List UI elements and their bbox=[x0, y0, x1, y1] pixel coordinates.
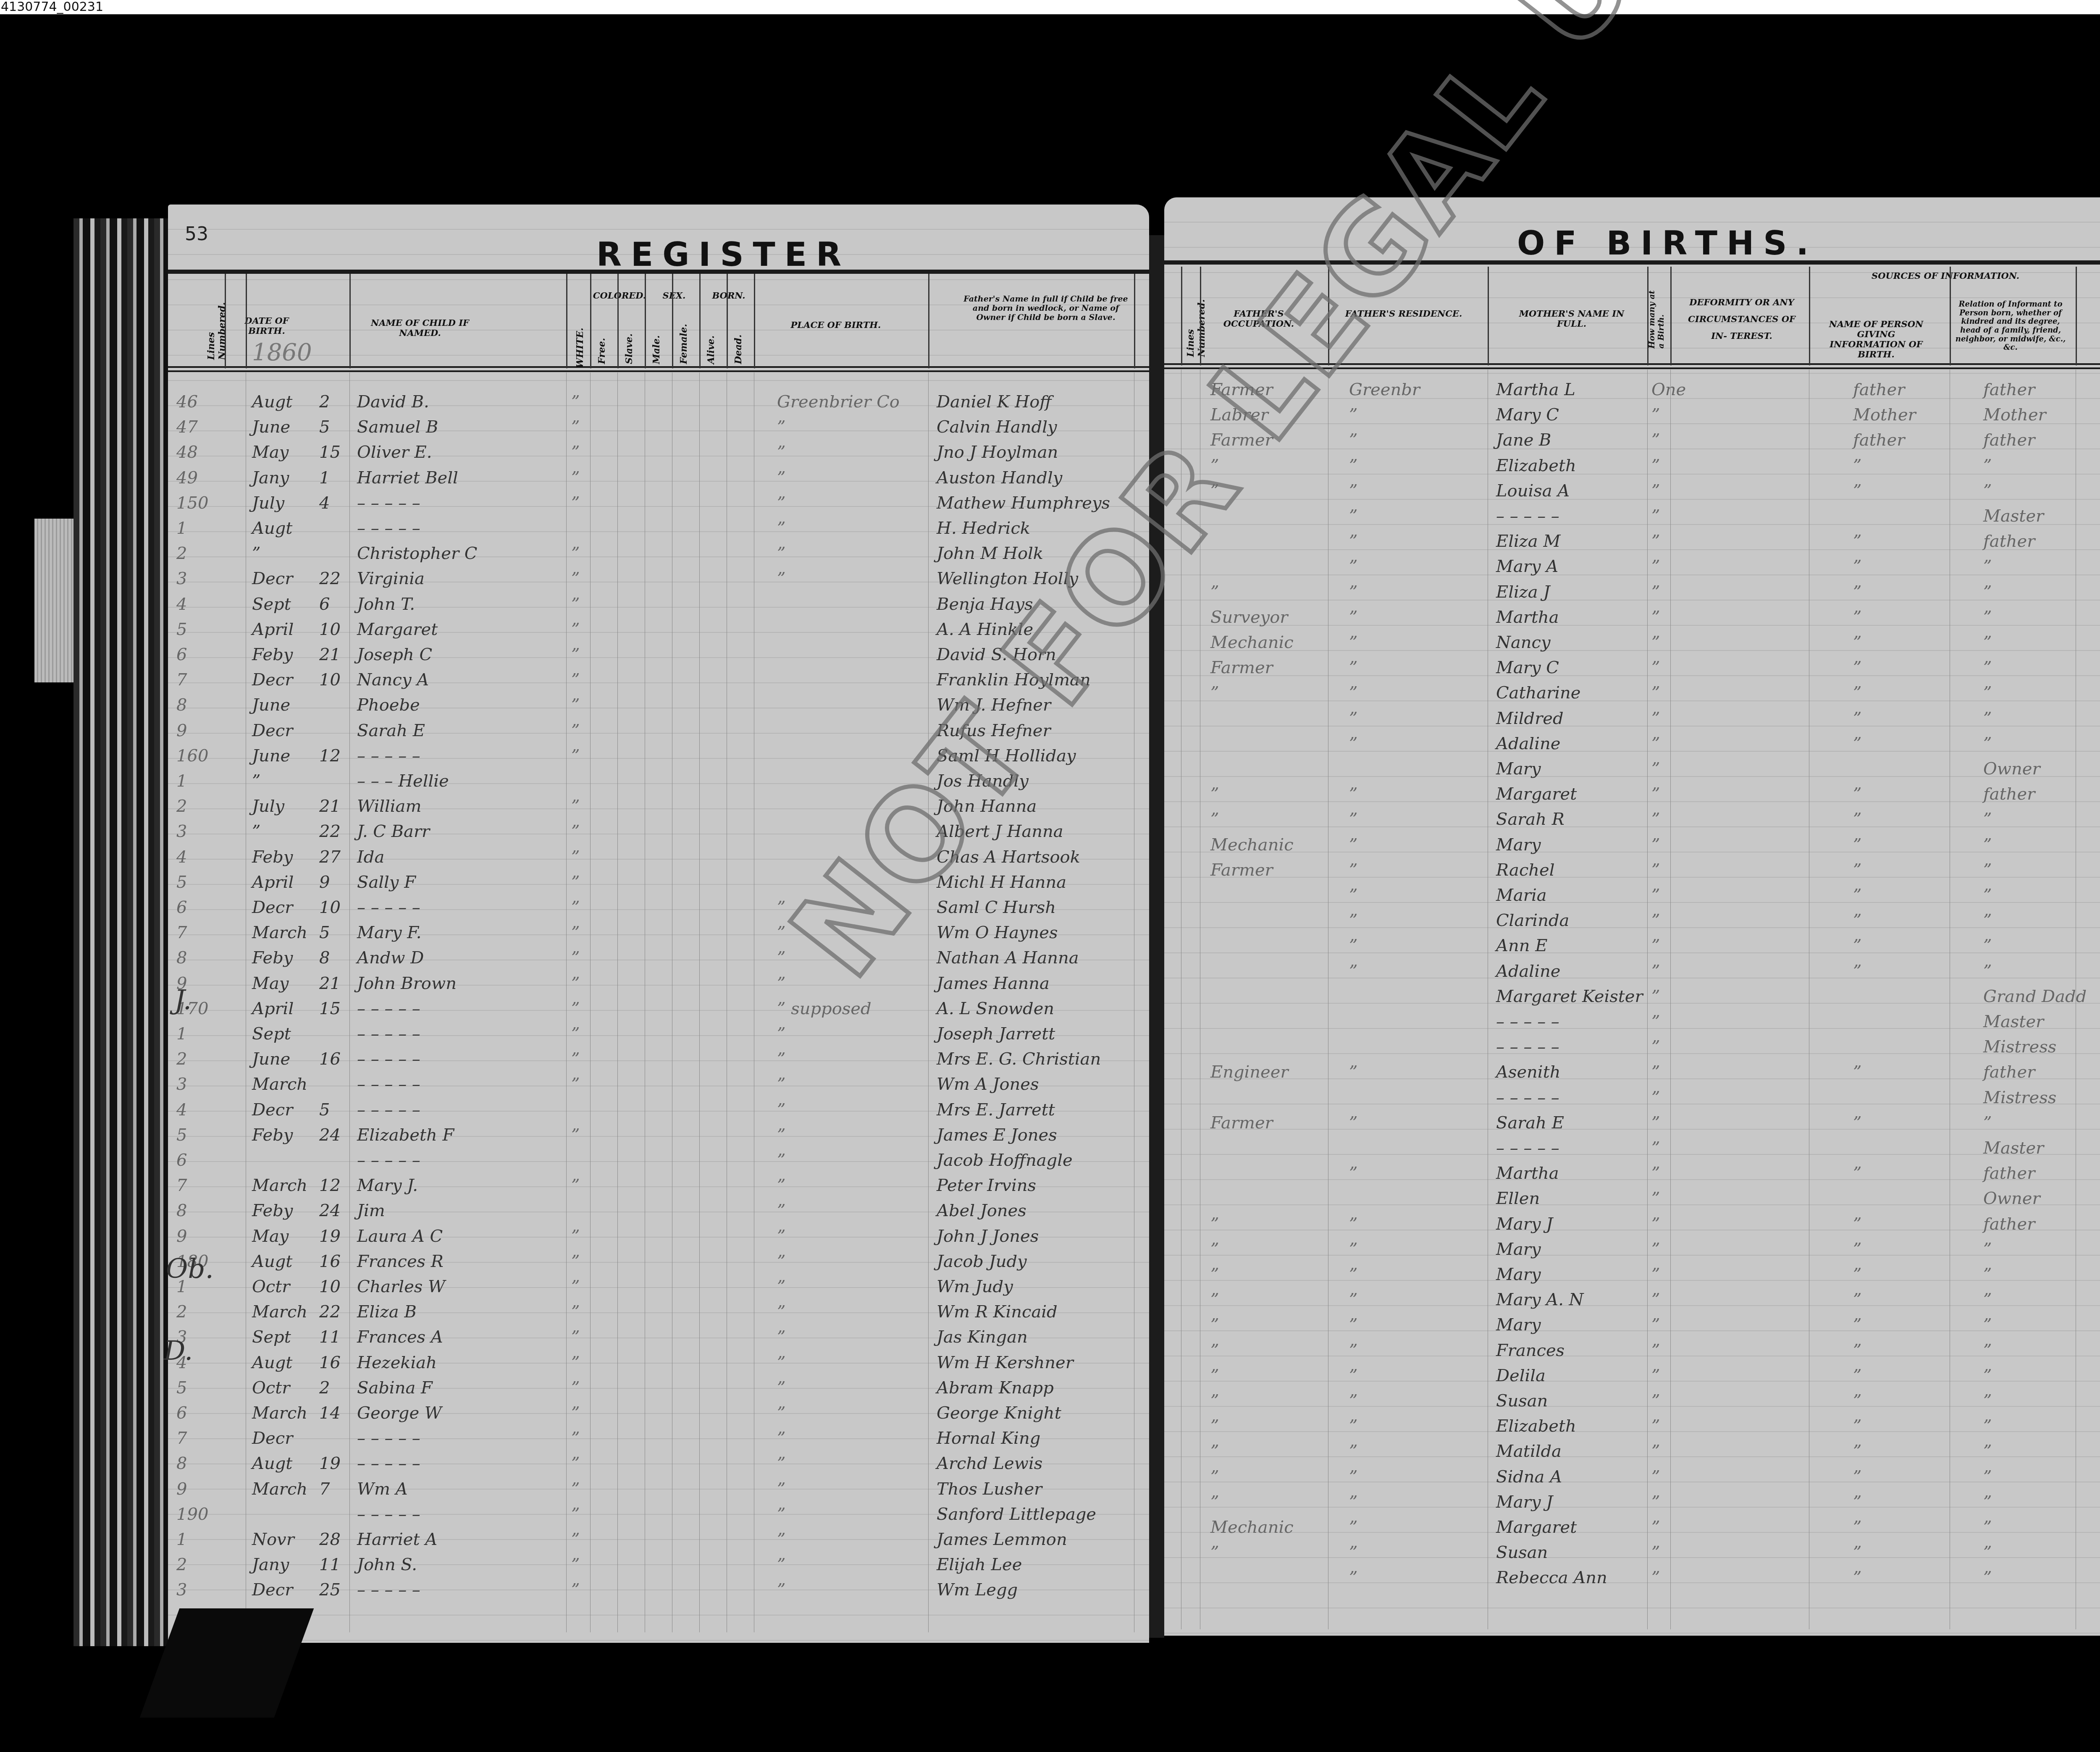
margin-note-j: J. bbox=[174, 985, 192, 1016]
hdr-name-of-child: NAME OF CHILD IF NAMED. bbox=[349, 318, 491, 338]
informant-name: Mother bbox=[1853, 402, 1916, 428]
birth-month: March bbox=[252, 1173, 307, 1198]
child-name: – – – – – bbox=[357, 1097, 420, 1123]
informant-relation: ” bbox=[1983, 1414, 1992, 1439]
place-of-birth: ” bbox=[777, 1502, 785, 1527]
child-name: John T. bbox=[357, 592, 415, 617]
informant-name: ” bbox=[1853, 1565, 1861, 1590]
informant-relation: Grand Dadd bbox=[1983, 984, 2087, 1009]
child-name: Margaret bbox=[357, 617, 438, 642]
father-name: James Lemmon bbox=[937, 1527, 1067, 1552]
birth-month: March bbox=[252, 920, 307, 945]
mother-name: Martha bbox=[1496, 1161, 1559, 1186]
mother-name: Maria bbox=[1496, 883, 1547, 908]
informant-name: ” bbox=[1853, 605, 1861, 630]
line-number: 5 bbox=[176, 617, 187, 642]
place-of-birth: ” bbox=[777, 945, 785, 970]
father-occupation: ” bbox=[1210, 1414, 1219, 1439]
informant-relation: ” bbox=[1983, 1540, 1992, 1565]
father-residence: ” bbox=[1349, 731, 1357, 756]
white-mark: ” bbox=[571, 440, 580, 465]
line-number: 9 bbox=[176, 1224, 187, 1249]
line-number: 2 bbox=[176, 1299, 187, 1324]
line-number: 4 bbox=[176, 592, 187, 617]
child-name: Harriet Bell bbox=[357, 465, 458, 490]
father-residence: ” bbox=[1349, 832, 1357, 858]
birth-month: Augt bbox=[252, 1350, 292, 1375]
line-number: 2 bbox=[176, 1046, 187, 1072]
birth-month: Decr bbox=[252, 895, 293, 920]
birth-day: 24 bbox=[319, 1198, 341, 1223]
father-name: Abel Jones bbox=[937, 1198, 1026, 1223]
line-number: 1 bbox=[176, 516, 187, 541]
line-number: 190 bbox=[176, 1502, 208, 1527]
father-residence: ” bbox=[1349, 1212, 1357, 1237]
informant-name: ” bbox=[1853, 1414, 1861, 1439]
how-many: ” bbox=[1651, 1490, 1660, 1515]
hdr-female: Female. bbox=[678, 333, 689, 364]
right-page-title: OF BIRTHS. bbox=[1517, 225, 1818, 262]
place-of-birth: ” bbox=[777, 1274, 785, 1299]
birth-day: 12 bbox=[319, 743, 341, 768]
birth-month: Novr bbox=[252, 1527, 294, 1552]
white-mark: ” bbox=[571, 1021, 580, 1046]
informant-name: ” bbox=[1853, 1237, 1861, 1262]
line-number: 3 bbox=[176, 1577, 187, 1603]
white-mark: ” bbox=[571, 1274, 580, 1299]
line-number: 8 bbox=[176, 1451, 187, 1476]
how-many: ” bbox=[1651, 580, 1660, 605]
column-rule bbox=[928, 372, 929, 1632]
birth-month: Octr bbox=[252, 1274, 290, 1299]
informant-relation: father bbox=[1983, 1161, 2035, 1186]
mother-name: – – – – – bbox=[1496, 504, 1559, 529]
white-mark: ” bbox=[571, 1477, 580, 1502]
informant-relation: ” bbox=[1983, 959, 1992, 984]
hdr-dead: Dead. bbox=[733, 339, 744, 364]
informant-relation: ” bbox=[1983, 908, 1992, 933]
column-rule bbox=[1809, 370, 1809, 1629]
hdr-slave: Slave. bbox=[624, 339, 635, 364]
white-mark: ” bbox=[571, 541, 580, 566]
mother-name: Margaret Keister bbox=[1496, 984, 1643, 1009]
child-name: J. C Barr bbox=[357, 819, 430, 844]
birth-month: Feby bbox=[252, 642, 293, 667]
informant-name: father bbox=[1853, 428, 1905, 453]
white-mark: ” bbox=[571, 895, 580, 920]
child-name: Frances R bbox=[357, 1249, 444, 1274]
column-rule bbox=[1647, 370, 1648, 1629]
mother-name: Louisa A bbox=[1496, 478, 1570, 504]
year-1860: 1860 bbox=[252, 339, 312, 366]
child-name: – – – – – bbox=[357, 1148, 420, 1173]
white-mark: ” bbox=[571, 642, 580, 667]
place-of-birth: ” bbox=[777, 1451, 785, 1476]
birth-day: 24 bbox=[319, 1123, 341, 1148]
child-name: – – – Hellie bbox=[357, 768, 449, 794]
line-number: 3 bbox=[176, 566, 187, 591]
informant-relation: ” bbox=[1983, 1287, 1992, 1312]
column-rule bbox=[754, 274, 755, 368]
line-number: 2 bbox=[176, 541, 187, 566]
column-rule bbox=[246, 274, 247, 368]
father-name: Mrs E. G. Christian bbox=[937, 1046, 1101, 1072]
child-name: Andw D bbox=[357, 945, 424, 970]
column-rule bbox=[590, 274, 591, 368]
father-residence: ” bbox=[1349, 1060, 1357, 1085]
informant-name: ” bbox=[1853, 630, 1861, 655]
how-many: ” bbox=[1651, 1034, 1660, 1060]
mother-name: Mary bbox=[1496, 1312, 1541, 1338]
how-many: ” bbox=[1651, 807, 1660, 832]
father-name: Wm H Kershner bbox=[937, 1350, 1074, 1375]
birth-day: 21 bbox=[319, 971, 341, 996]
father-residence: ” bbox=[1349, 402, 1357, 428]
birth-day: 10 bbox=[319, 667, 341, 692]
informant-name: ” bbox=[1853, 1363, 1861, 1388]
margin-note-ob: Ob. bbox=[166, 1254, 214, 1285]
informant-name: ” bbox=[1853, 731, 1861, 756]
image-label: 4130774_00231 bbox=[1, 0, 103, 14]
mother-name: Mary A bbox=[1496, 554, 1558, 579]
birth-month: July bbox=[252, 794, 284, 819]
birth-day: 21 bbox=[319, 642, 341, 667]
father-name: Jno J Hoylman bbox=[937, 440, 1058, 465]
image-label-bar: 4130774_00231 bbox=[0, 0, 2100, 14]
child-name: David B. bbox=[357, 389, 429, 414]
how-many: ” bbox=[1651, 1312, 1660, 1338]
child-name: William bbox=[357, 794, 421, 819]
informant-relation: ” bbox=[1983, 1312, 1992, 1338]
white-mark: ” bbox=[571, 718, 580, 743]
child-name: Hezekiah bbox=[357, 1350, 437, 1375]
mother-name: Matilda bbox=[1496, 1439, 1562, 1464]
how-many: ” bbox=[1651, 1439, 1660, 1464]
how-many: ” bbox=[1651, 1540, 1660, 1565]
birth-day: 19 bbox=[319, 1451, 341, 1476]
father-residence: ” bbox=[1349, 1515, 1357, 1540]
line-number: 5 bbox=[176, 1123, 187, 1148]
place-of-birth: ” bbox=[777, 1577, 785, 1603]
column-rule bbox=[617, 372, 618, 1632]
line-number: 9 bbox=[176, 1477, 187, 1502]
how-many: ” bbox=[1651, 1186, 1660, 1211]
white-mark: ” bbox=[571, 794, 580, 819]
informant-relation: father bbox=[1983, 1212, 2035, 1237]
birth-month: June bbox=[252, 1046, 290, 1072]
child-name: – – – – – bbox=[357, 1451, 420, 1476]
father-name: Jas Kingan bbox=[937, 1324, 1028, 1350]
father-residence: ” bbox=[1349, 908, 1357, 933]
informant-name: father bbox=[1853, 377, 1905, 402]
informant-name: ” bbox=[1853, 453, 1861, 478]
birth-month: ” bbox=[252, 541, 260, 566]
father-residence: ” bbox=[1349, 580, 1357, 605]
column-rule bbox=[225, 274, 226, 368]
father-occupation: Farmer bbox=[1210, 858, 1273, 883]
column-rule bbox=[349, 274, 351, 368]
birth-day: 10 bbox=[319, 1274, 341, 1299]
birth-day: 10 bbox=[319, 617, 341, 642]
white-mark: ” bbox=[571, 1577, 580, 1603]
informant-relation: ” bbox=[1983, 655, 1992, 680]
column-rule bbox=[1809, 267, 1810, 365]
line-number: 9 bbox=[176, 718, 187, 743]
father-name: Elijah Lee bbox=[937, 1552, 1022, 1577]
place-of-birth: ” bbox=[777, 1173, 785, 1198]
place-of-birth: ” bbox=[777, 1477, 785, 1502]
white-mark: ” bbox=[571, 845, 580, 870]
line-number: 160 bbox=[176, 743, 208, 768]
father-residence: ” bbox=[1349, 1540, 1357, 1565]
column-rule bbox=[1488, 267, 1489, 365]
birth-month: Jany bbox=[252, 1552, 289, 1577]
place-of-birth: ” bbox=[777, 1224, 785, 1249]
white-mark: ” bbox=[571, 819, 580, 844]
informant-relation: ” bbox=[1983, 807, 1992, 832]
birth-month: Sept bbox=[252, 1324, 291, 1350]
birth-month: Decr bbox=[252, 1577, 293, 1603]
child-name: – – – – – bbox=[357, 743, 420, 768]
birth-month: Decr bbox=[252, 566, 293, 591]
line-number: 7 bbox=[176, 920, 187, 945]
child-name: – – – – – bbox=[357, 1021, 420, 1046]
white-mark: ” bbox=[571, 945, 580, 970]
birth-month: Feby bbox=[252, 1198, 293, 1223]
informant-relation: ” bbox=[1983, 858, 1992, 883]
father-residence: ” bbox=[1349, 1161, 1357, 1186]
birth-month: Feby bbox=[252, 945, 293, 970]
mother-name: Mary bbox=[1496, 832, 1541, 858]
birth-day: 5 bbox=[319, 1097, 330, 1123]
informant-name: ” bbox=[1853, 1312, 1861, 1338]
mother-name: – – – – – bbox=[1496, 1085, 1559, 1110]
mother-name: Sarah R bbox=[1496, 807, 1564, 832]
white-mark: ” bbox=[571, 692, 580, 718]
birth-month: Decr bbox=[252, 667, 293, 692]
birth-day: 1 bbox=[319, 465, 330, 490]
birth-month: Octr bbox=[252, 1375, 290, 1401]
father-occupation: ” bbox=[1210, 1464, 1219, 1490]
white-mark: ” bbox=[571, 1249, 580, 1274]
informant-relation: ” bbox=[1983, 478, 1992, 504]
child-name: Sally F bbox=[357, 870, 416, 895]
informant-relation: Mistress bbox=[1983, 1034, 2056, 1060]
how-many: ” bbox=[1651, 1110, 1660, 1136]
mother-name: Sarah E bbox=[1496, 1110, 1564, 1136]
birth-day: 16 bbox=[319, 1249, 341, 1274]
informant-relation: Master bbox=[1983, 1136, 2044, 1161]
informant-name: ” bbox=[1853, 933, 1861, 958]
birth-day: 28 bbox=[319, 1527, 341, 1552]
left-page-edges bbox=[73, 218, 170, 1646]
father-occupation: ” bbox=[1210, 1237, 1219, 1262]
father-occupation: Farmer bbox=[1210, 1110, 1273, 1136]
father-residence: ” bbox=[1349, 655, 1357, 680]
mother-name: Clarinda bbox=[1496, 908, 1569, 933]
informant-relation: ” bbox=[1983, 706, 1992, 731]
father-occupation: ” bbox=[1210, 580, 1219, 605]
child-name: Ida bbox=[357, 845, 384, 870]
informant-relation: ” bbox=[1983, 1565, 1992, 1590]
place-of-birth: ” bbox=[777, 1123, 785, 1148]
how-many: ” bbox=[1651, 504, 1660, 529]
informant-name: ” bbox=[1853, 1388, 1861, 1414]
informant-name: ” bbox=[1853, 1212, 1861, 1237]
father-residence: ” bbox=[1349, 478, 1357, 504]
father-occupation: ” bbox=[1210, 1312, 1219, 1338]
white-mark: ” bbox=[571, 1046, 580, 1072]
hdr-informant-relation: Relation of Informant to Person born, wh… bbox=[1954, 300, 2067, 352]
child-name: – – – – – bbox=[357, 1046, 420, 1072]
informant-relation: Owner bbox=[1983, 1186, 2040, 1211]
column-rule bbox=[672, 274, 673, 368]
white-mark: ” bbox=[571, 1552, 580, 1577]
informant-relation: father bbox=[1983, 529, 2035, 554]
place-of-birth: ” bbox=[777, 1198, 785, 1223]
mother-name: Martha bbox=[1496, 605, 1559, 630]
column-rule bbox=[1134, 274, 1135, 368]
father-occupation: Mechanic bbox=[1210, 630, 1294, 655]
line-number: 4 bbox=[176, 845, 187, 870]
mother-name: Mary J bbox=[1496, 1212, 1553, 1237]
child-name: Laura A C bbox=[357, 1224, 443, 1249]
father-name: Hornal King bbox=[937, 1426, 1040, 1451]
child-name: George W bbox=[357, 1401, 442, 1426]
place-of-birth: ” supposed bbox=[777, 996, 871, 1021]
father-name: Jacob Hoffnagle bbox=[937, 1148, 1073, 1173]
column-rule bbox=[1200, 267, 1201, 365]
how-many: ” bbox=[1651, 1287, 1660, 1312]
informant-name: ” bbox=[1853, 832, 1861, 858]
birth-day: 14 bbox=[319, 1401, 341, 1426]
father-residence: ” bbox=[1349, 706, 1357, 731]
informant-relation: ” bbox=[1983, 883, 1992, 908]
margin-note-d: D. bbox=[164, 1335, 193, 1366]
column-rule bbox=[566, 274, 567, 368]
hdr-free: Free. bbox=[596, 339, 607, 364]
white-mark: ” bbox=[571, 1527, 580, 1552]
birth-month: April bbox=[252, 996, 294, 1021]
line-number: 1 bbox=[176, 1527, 187, 1552]
mother-name: Mary A. N bbox=[1496, 1287, 1584, 1312]
white-mark: ” bbox=[571, 1451, 580, 1476]
line-number: 46 bbox=[176, 389, 198, 414]
how-many: ” bbox=[1651, 933, 1660, 958]
column-rule bbox=[754, 372, 754, 1632]
hdr-how-many: How many at a Birth. bbox=[1647, 286, 1668, 349]
hdr-male: Male. bbox=[651, 339, 662, 364]
informant-name: ” bbox=[1853, 858, 1861, 883]
how-many: ” bbox=[1651, 1237, 1660, 1262]
father-occupation: ” bbox=[1210, 782, 1219, 807]
place-of-birth: ” bbox=[777, 465, 785, 490]
father-name: Archd Lewis bbox=[937, 1451, 1042, 1476]
birth-month: March bbox=[252, 1477, 307, 1502]
father-name: Peter Irvins bbox=[937, 1173, 1036, 1198]
column-rule bbox=[1950, 370, 1950, 1629]
informant-name: ” bbox=[1853, 554, 1861, 579]
informant-name: ” bbox=[1853, 1262, 1861, 1287]
informant-name: ” bbox=[1853, 908, 1861, 933]
mother-name: Catharine bbox=[1496, 680, 1580, 706]
column-rule bbox=[1670, 267, 1672, 365]
informant-name: ” bbox=[1853, 1110, 1861, 1136]
father-residence: ” bbox=[1349, 1565, 1357, 1590]
mother-name: Mary bbox=[1496, 1237, 1541, 1262]
header-rule-bottom-2 bbox=[168, 370, 1149, 372]
place-of-birth: ” bbox=[777, 1097, 785, 1123]
white-mark: ” bbox=[571, 743, 580, 768]
line-number: 1 bbox=[176, 768, 187, 794]
birth-day: 2 bbox=[319, 1375, 330, 1401]
informant-name: ” bbox=[1853, 807, 1861, 832]
birth-day: 4 bbox=[319, 490, 330, 516]
column-rule bbox=[1488, 370, 1488, 1629]
place-of-birth: ” bbox=[777, 414, 785, 440]
left-page-number: 53 bbox=[185, 223, 208, 245]
place-of-birth: ” bbox=[777, 1426, 785, 1451]
mother-name: Susan bbox=[1496, 1540, 1548, 1565]
child-name: Eliza B bbox=[357, 1299, 417, 1324]
line-number: 5 bbox=[176, 870, 187, 895]
line-number: 1 bbox=[176, 1021, 187, 1046]
column-rule bbox=[1950, 267, 1951, 365]
place-of-birth: ” bbox=[777, 1021, 785, 1046]
informant-relation: Master bbox=[1983, 504, 2044, 529]
column-rule bbox=[672, 372, 672, 1632]
mother-name: Susan bbox=[1496, 1388, 1548, 1414]
line-number: 8 bbox=[176, 692, 187, 718]
place-of-birth: ” bbox=[777, 971, 785, 996]
how-many: ” bbox=[1651, 1262, 1660, 1287]
child-name: Joseph C bbox=[357, 642, 432, 667]
father-occupation: ” bbox=[1210, 1490, 1219, 1515]
birth-day: 21 bbox=[319, 794, 341, 819]
father-residence: ” bbox=[1349, 858, 1357, 883]
birth-day: 22 bbox=[319, 819, 341, 844]
informant-name: ” bbox=[1853, 680, 1861, 706]
father-name: Thos Lusher bbox=[937, 1477, 1042, 1502]
informant-name: ” bbox=[1853, 883, 1861, 908]
informant-relation: ” bbox=[1983, 580, 1992, 605]
hdr-alive: Alive. bbox=[706, 339, 717, 364]
informant-relation: ” bbox=[1983, 680, 1992, 706]
how-many: ” bbox=[1651, 984, 1660, 1009]
white-mark: ” bbox=[571, 996, 580, 1021]
white-mark: ” bbox=[571, 1350, 580, 1375]
father-residence: ” bbox=[1349, 529, 1357, 554]
father-name: A. L Snowden bbox=[937, 996, 1054, 1021]
white-mark: ” bbox=[571, 465, 580, 490]
how-many: ” bbox=[1651, 529, 1660, 554]
mother-name: Mary bbox=[1496, 756, 1541, 782]
how-many: ” bbox=[1651, 756, 1660, 782]
father-occupation: ” bbox=[1210, 1212, 1219, 1237]
birth-day: 22 bbox=[319, 566, 341, 591]
father-name: Sanford Littlepage bbox=[937, 1502, 1096, 1527]
how-many: ” bbox=[1651, 554, 1660, 579]
hdr-date-of-birth: DATE OF BIRTH. bbox=[227, 316, 307, 336]
left-page-title: REGISTER bbox=[596, 236, 850, 274]
how-many: ” bbox=[1651, 1060, 1660, 1085]
how-many: One bbox=[1651, 377, 1686, 402]
informant-name: ” bbox=[1853, 1439, 1861, 1464]
place-of-birth: ” bbox=[777, 1299, 785, 1324]
how-many: ” bbox=[1651, 1565, 1660, 1590]
father-name: John J Jones bbox=[937, 1224, 1039, 1249]
father-name: John M Holk bbox=[937, 541, 1043, 566]
